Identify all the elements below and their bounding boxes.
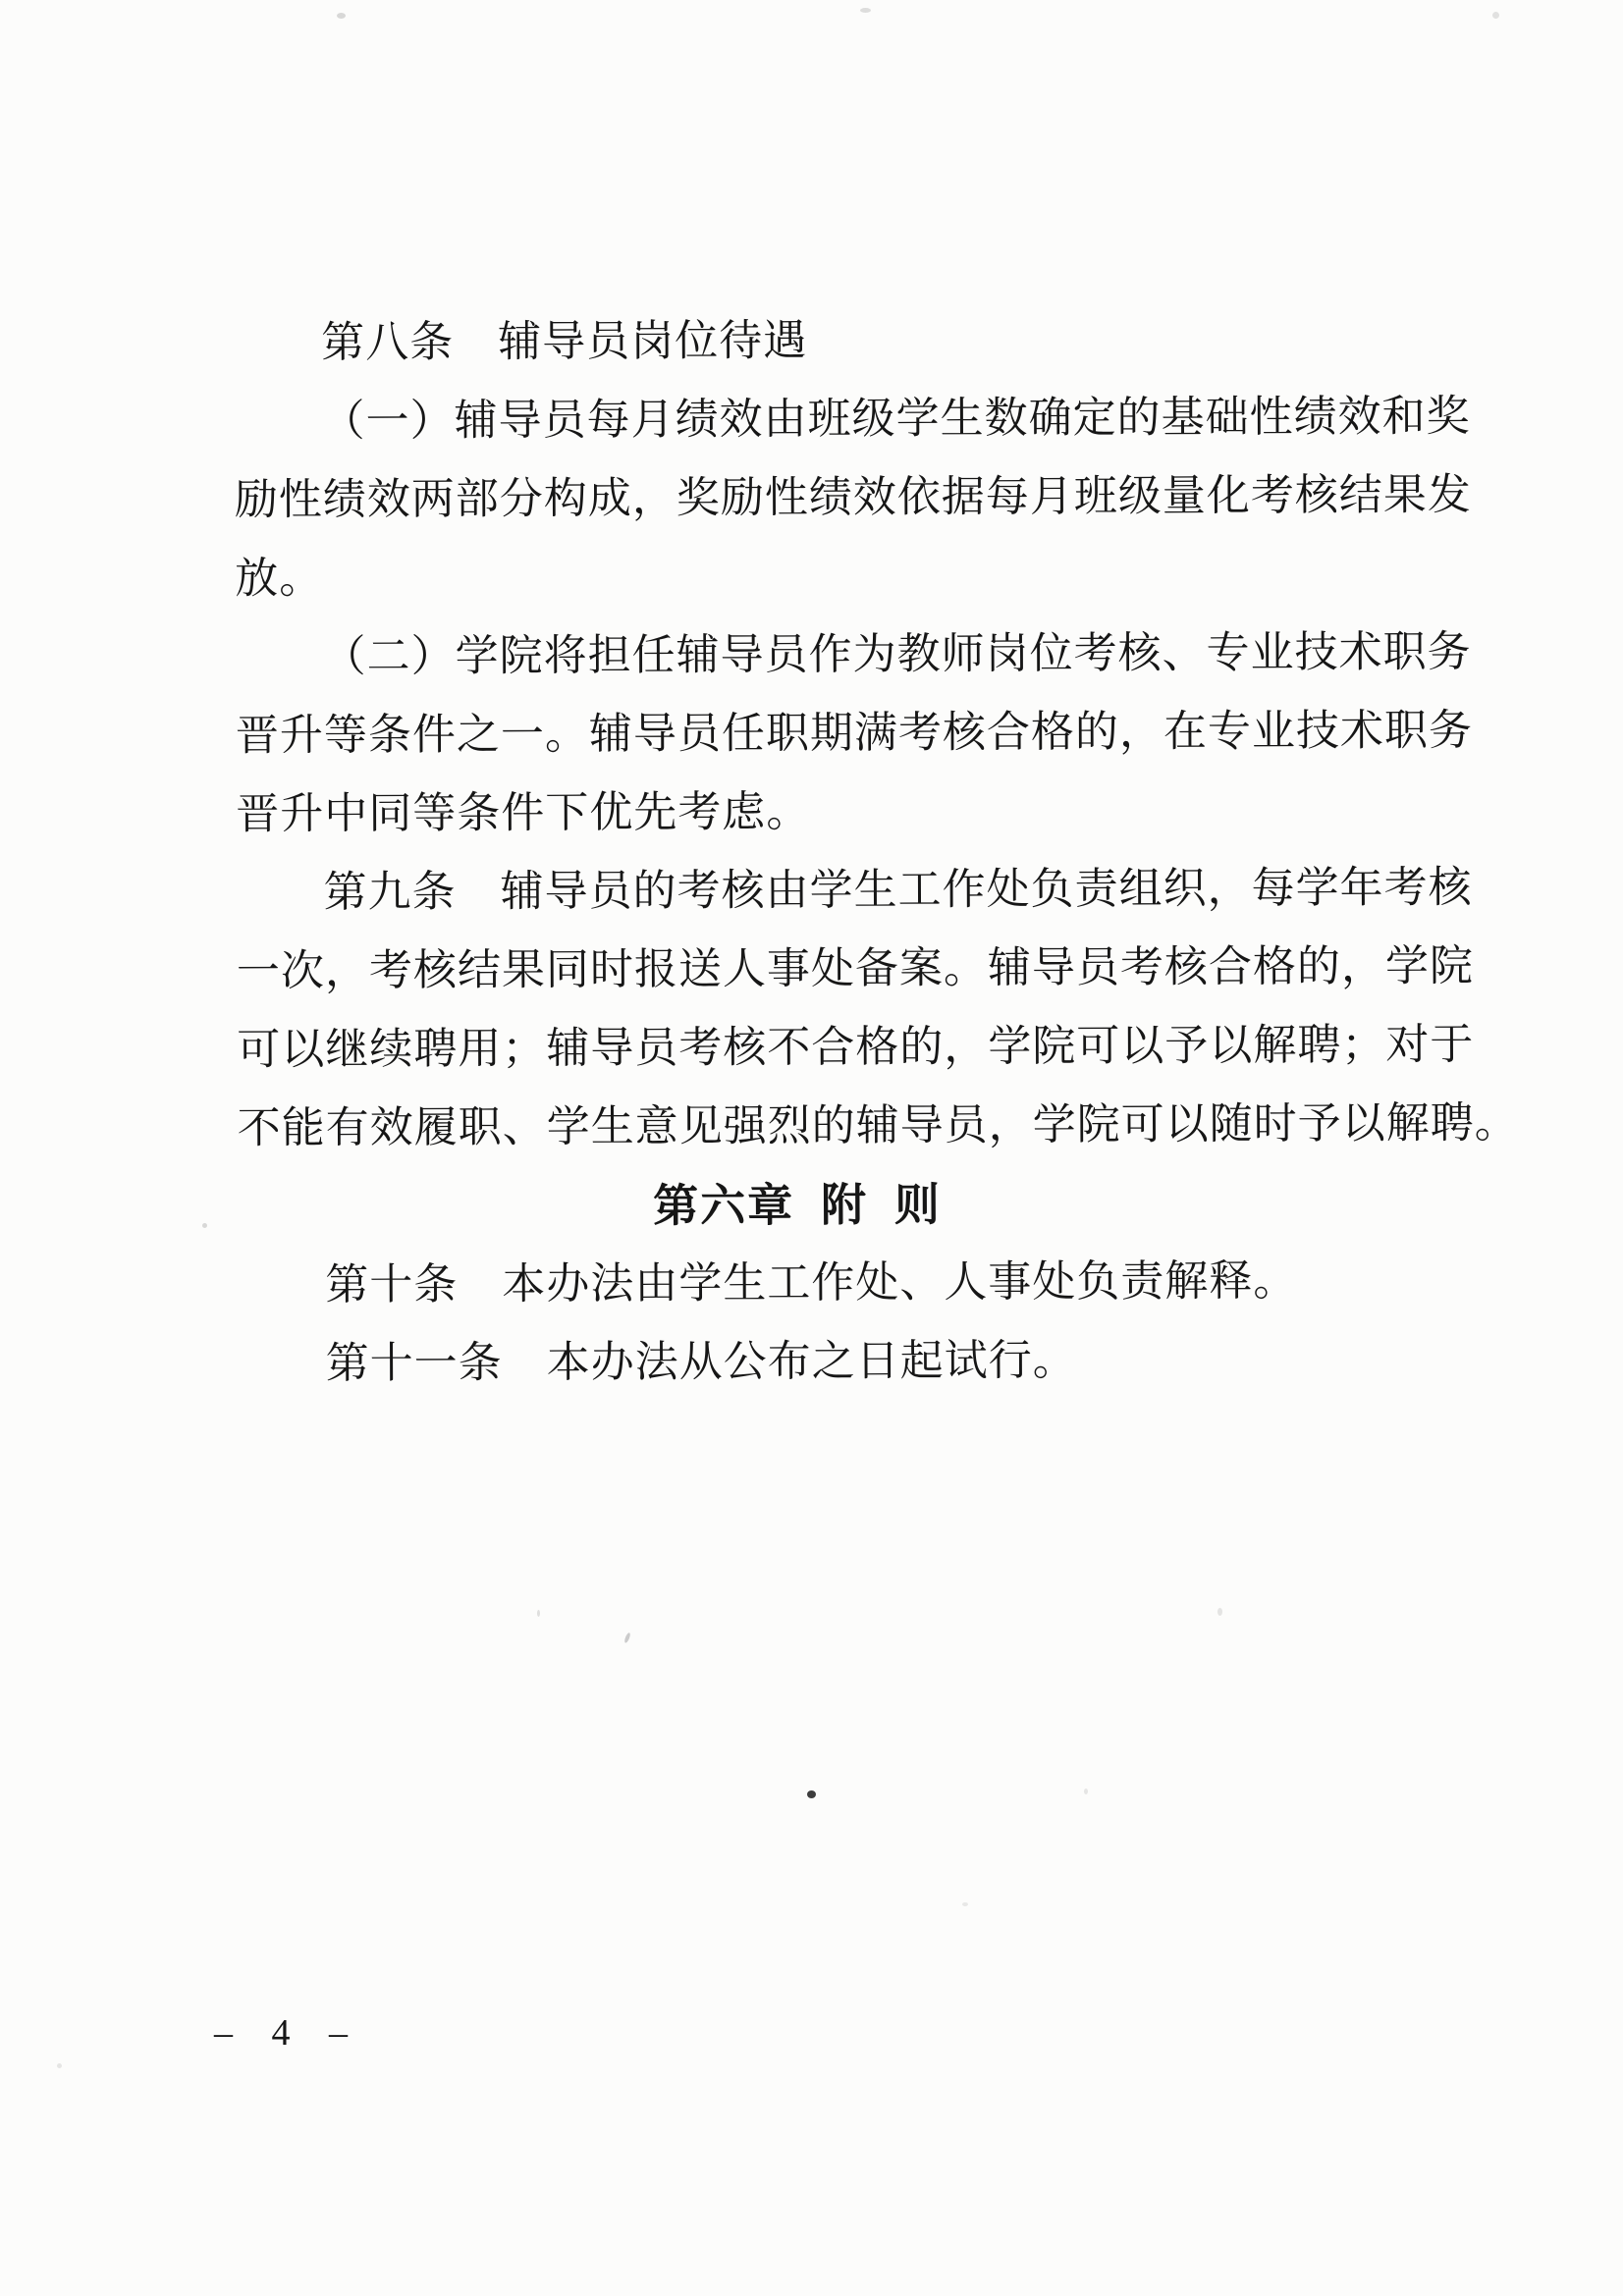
article-8-item-1-line-1: （一）辅导员每月绩效由班级学生数确定的基础性绩效和奖 bbox=[234, 378, 1463, 461]
scan-speck bbox=[860, 8, 871, 13]
article-8-item-1-line-3: 放。 bbox=[235, 535, 1464, 618]
article-10-line: 第十条 本办法由学生工作处、人事处负责解释。 bbox=[238, 1242, 1467, 1325]
scan-speck bbox=[807, 1790, 816, 1798]
scan-speck bbox=[57, 2063, 62, 2068]
article-9-line-3: 可以继续聘用；辅导员考核不合格的，学院可以予以解聘；对于 bbox=[237, 1006, 1466, 1090]
article-8-item-2-line-3: 晋升中同等条件下优先考虑。 bbox=[236, 771, 1465, 854]
document-body: 第八条 辅导员岗位待遇 （一）辅导员每月绩效由班级学生数确定的基础性绩效和奖 励… bbox=[234, 299, 1468, 1404]
article-9-line-1: 第九条 辅导员的考核由学生工作处负责组织，每学年考核 bbox=[236, 849, 1465, 933]
article-9-line-2: 一次，考核结果同时报送人事处备案。辅导员考核合格的，学院 bbox=[237, 928, 1466, 1011]
scan-speck bbox=[962, 1902, 968, 1906]
scan-speck bbox=[202, 1223, 207, 1228]
scan-speck bbox=[1217, 1608, 1222, 1616]
page-number: – 4 – bbox=[214, 2008, 362, 2057]
scan-speck bbox=[1084, 1789, 1088, 1794]
article-8-title-line: 第八条 辅导员岗位待遇 bbox=[234, 299, 1463, 383]
chapter-6-heading: 第六章 附 则 bbox=[238, 1163, 1357, 1247]
scan-speck bbox=[337, 13, 346, 19]
article-8-item-1-line-2: 励性绩效两部分构成，奖励性绩效依据每月班级量化考核结果发 bbox=[235, 456, 1464, 540]
article-8-item-2-line-2: 晋升等条件之一。辅导员任职期满考核合格的，在专业技术职务 bbox=[236, 692, 1465, 775]
article-11-line: 第十一条 本办法从公布之日起试行。 bbox=[239, 1320, 1468, 1404]
article-9-line-4: 不能有效履职、学生意见强烈的辅导员，学院可以随时予以解聘。 bbox=[237, 1085, 1466, 1168]
scan-speck bbox=[537, 1610, 540, 1617]
scanned-document-page: 第八条 辅导员岗位待遇 （一）辅导员每月绩效由班级学生数确定的基础性绩效和奖 励… bbox=[0, 0, 1623, 2296]
article-8-item-2-line-1: （二）学院将担任辅导员作为教师岗位考核、专业技术职务 bbox=[235, 614, 1464, 697]
scan-speck bbox=[623, 1632, 631, 1644]
scan-speck bbox=[1492, 12, 1499, 19]
